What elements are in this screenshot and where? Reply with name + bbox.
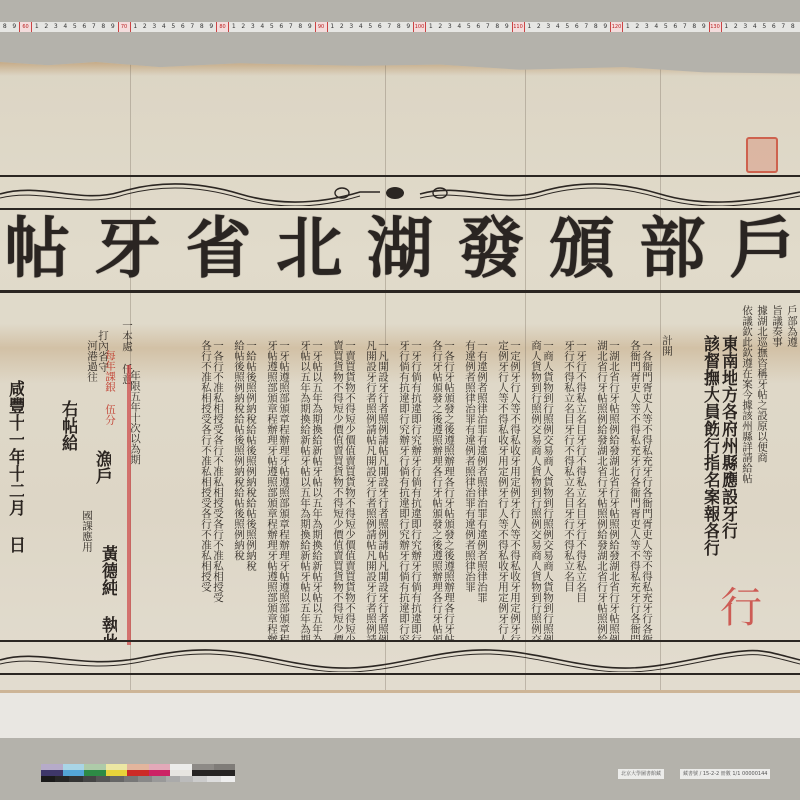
color-patch xyxy=(180,776,194,782)
ruler-tick: 120 xyxy=(610,22,623,32)
text-column: 一湖北省行牙帖照例給發湖北省行牙帖照例給發湖北省行牙帖照例給發 xyxy=(607,340,620,640)
red-ink-line xyxy=(127,365,131,645)
ruler-tick: 9 xyxy=(601,22,611,32)
color-patch xyxy=(124,776,138,782)
ruler-tick: 4 xyxy=(159,22,169,32)
ruler-tick: 2 xyxy=(436,22,446,32)
stain-top xyxy=(0,62,800,76)
color-patch xyxy=(193,776,207,782)
ruler-tick: 8 xyxy=(394,22,404,32)
color-patch xyxy=(152,776,166,782)
title-character: 頒 xyxy=(549,215,615,281)
text-column: 牙行不得私立名目牙行不得私立名目牙行不得私立名目 xyxy=(562,340,575,640)
ruler-tick: 3 xyxy=(544,22,554,32)
text-column: 一凡開設牙行者照例請帖凡開設牙行者照例請帖凡開設牙行者照例請帖 xyxy=(376,340,389,640)
title-character: 北 xyxy=(276,215,342,281)
ruler-tick: 70 xyxy=(118,22,131,32)
text-column: 湖北省行牙帖照例給發湖北省行牙帖照例給發湖北省行牙帖照例給發 xyxy=(595,340,608,640)
text-column: 凡開設牙行者照例請帖凡開設牙行者照例請帖凡開設牙行者照例請帖 xyxy=(364,340,377,640)
text-column: 賣買貨物不得短少價值賣買貨物不得短少價值賣買貨物不得短少價值 xyxy=(331,340,344,640)
ruler-tick: 100 xyxy=(413,22,426,32)
red-seal-stamp xyxy=(746,137,778,173)
ruler-tick: 2 xyxy=(239,22,249,32)
ruler-tick: 8 xyxy=(197,22,207,32)
ruler-tick: 4 xyxy=(652,22,662,32)
color-patch xyxy=(207,776,221,782)
ruler-tick: 5 xyxy=(70,22,80,32)
ruler-tick: 1 xyxy=(328,22,338,32)
ruler-tick: 3 xyxy=(642,22,652,32)
border-rule xyxy=(0,673,800,675)
text-column: 商人貨物到行照例交易商人貨物到行照例交易商人貨物到行照例交易 xyxy=(529,340,542,640)
ruler-tick: 7 xyxy=(779,22,789,32)
ruler-tick: 9 xyxy=(108,22,118,32)
ruler-tick: 2 xyxy=(42,22,52,32)
ruler-tick: 7 xyxy=(483,22,493,32)
ruler-tick: 5 xyxy=(661,22,671,32)
text-column: 一各行不准私相授受各行不准私相授受各行不准私相授受 xyxy=(211,340,224,640)
ruler-tick: 3 xyxy=(248,22,258,32)
ruler-tick: 3 xyxy=(741,22,751,32)
text-column: 各行不准私相授受各行不准私相授受各行不准私相授受 xyxy=(199,340,212,640)
ruler-tick: 4 xyxy=(553,22,563,32)
ruler-tick: 1 xyxy=(623,22,633,32)
mounting-strip xyxy=(0,690,800,738)
text-column: 各衙門胥吏人等不得私充牙行各衙門胥吏人等不得私充牙行各衙門胥吏人等不得私充牙行 xyxy=(628,340,641,640)
ruler-tick: 7 xyxy=(680,22,690,32)
ruler-tick: 6 xyxy=(375,22,385,32)
ruler-tick: 2 xyxy=(633,22,643,32)
ruler-tick: 2 xyxy=(731,22,741,32)
text-column: 牙帖以五年為期換給新帖牙帖以五年為期換給新帖牙帖以五年為期換給新帖 xyxy=(298,340,311,640)
ruler-tick: 8 xyxy=(296,22,306,32)
border-rule xyxy=(0,640,800,642)
institution-label: 北京大學圖書館藏 xyxy=(618,769,664,779)
ruler-tick: 2 xyxy=(140,22,150,32)
ruler-tick: 6 xyxy=(277,22,287,32)
ruler-tick: 8 xyxy=(690,22,700,32)
text-column: 一給帖後照例納稅給帖後照例納稅給帖後照例納稅 xyxy=(244,340,257,640)
ruler-tick: 130 xyxy=(709,22,722,32)
ruler-tick: 5 xyxy=(267,22,277,32)
ruler-tick: 6 xyxy=(474,22,484,32)
ruler-tick: 5 xyxy=(760,22,770,32)
ruler-tick: 6 xyxy=(671,22,681,32)
title-character: 省 xyxy=(186,215,252,281)
ruler-tick: 3 xyxy=(51,22,61,32)
ruler-tick: 9 xyxy=(305,22,315,32)
ruler-tick: 1 xyxy=(525,22,535,32)
ruler-tick: 1 xyxy=(131,22,141,32)
ruler-tick: 110 xyxy=(512,22,525,32)
color-patch xyxy=(69,776,83,782)
ruler-tick: 80 xyxy=(216,22,229,32)
title-character: 戶 xyxy=(730,215,796,281)
color-patch xyxy=(41,776,55,782)
text-column: 一有違例者照律治罪有違例者照律治罪有違例者照律治罪 xyxy=(475,340,488,640)
ruler-tick: 3 xyxy=(150,22,160,32)
ruler-tick: 1 xyxy=(229,22,239,32)
title-character: 帖 xyxy=(4,215,70,281)
color-patch xyxy=(166,776,180,782)
color-calibration-chart xyxy=(41,764,235,782)
ruler-tick: 8 xyxy=(591,22,601,32)
ruler-tick: 9 xyxy=(207,22,217,32)
text-column: 各行牙帖頒發之後遵照辦理各行牙帖頒發之後遵照辦理各行牙帖頒發之後遵照辦理 xyxy=(430,340,443,640)
color-patch xyxy=(221,776,235,782)
ruler-tick: 4 xyxy=(258,22,268,32)
vine-ornament-bottom xyxy=(0,646,800,672)
color-patch xyxy=(55,776,69,782)
ruler-tick: 1 xyxy=(722,22,732,32)
text-column: 國課應用 xyxy=(80,510,93,640)
text-column: 有違例者照律治罪有違例者照律治罪有違例者照律治罪 xyxy=(463,340,476,640)
ruler-tick: 4 xyxy=(750,22,760,32)
red-ink-mark: 行 xyxy=(720,575,762,635)
ruler-tick: 7 xyxy=(582,22,592,32)
color-patch xyxy=(83,776,97,782)
ruler-tick: 8 xyxy=(99,22,109,32)
text-column: 一商人貨物到行照例交易商人貨物到行照例交易商人貨物到行照例交易 xyxy=(541,340,554,640)
text-column: 一賣買貨物不得短少價值賣買貨物不得短少價值賣買貨物不得短少價值 xyxy=(343,340,356,640)
title-character: 發 xyxy=(458,215,524,281)
border-rule xyxy=(0,290,800,293)
ruler-tick: 5 xyxy=(563,22,573,32)
text-column: 定例牙行人等不得私收牙用定例牙行人等不得私收牙用定例牙行人等不得私收牙用 xyxy=(496,340,509,640)
text-column: 一定例牙行人等不得私收牙用定例牙行人等不得私收牙用定例牙行人等不得私收牙用 xyxy=(508,340,521,640)
text-column: 旨議奏事 xyxy=(770,305,783,640)
ruler-tick: 5 xyxy=(169,22,179,32)
text-column: 計開 xyxy=(660,335,673,640)
ruler-tick: 6 xyxy=(572,22,582,32)
text-column: 一牙行不得私立名目牙行不得私立名目牙行不得私立名目 xyxy=(574,340,587,640)
ruler-tick: 2 xyxy=(337,22,347,32)
text-column: 該督撫大員飭行指名案報各行 xyxy=(700,335,719,640)
ruler-tick: 60 xyxy=(19,22,32,32)
ruler-tick: 9 xyxy=(699,22,709,32)
ruler-tick: 2 xyxy=(534,22,544,32)
text-column: 牙帖遵照部頒章程辦理牙帖遵照部頒章程辦理牙帖遵照部頒章程辦理 xyxy=(265,340,278,640)
ruler-tick: 6 xyxy=(178,22,188,32)
title-character: 湖 xyxy=(367,215,433,281)
color-patch xyxy=(110,776,124,782)
ruler-tick: 7 xyxy=(286,22,296,32)
ruler-tick: 1 xyxy=(426,22,436,32)
text-column: 一各衙門胥吏人等不得私充牙行各衙門胥吏人等不得私充牙行各衙門胥吏人等不得私充牙行 xyxy=(640,340,653,640)
ruler-tick: 3 xyxy=(445,22,455,32)
text-column: 一各行牙帖頒發之後遵照辦理各行牙帖頒發之後遵照辦理各行牙帖頒發之後遵照辦理 xyxy=(442,340,455,640)
ruler-tick: 6 xyxy=(80,22,90,32)
text-column: 給帖後照例納稅給帖後照例納稅給帖後照例納稅 xyxy=(232,340,245,640)
title-character: 部 xyxy=(639,215,705,281)
ruler-tick: 1 xyxy=(32,22,42,32)
ruler-tick: 5 xyxy=(464,22,474,32)
ruler-tick: 8 xyxy=(0,22,10,32)
text-column: 咸豐十一年十二月 日 xyxy=(5,380,24,640)
color-patch xyxy=(96,776,110,782)
text-column: 一牙帖以五年為期換給新帖牙帖以五年為期換給新帖牙帖以五年為期換給新帖 xyxy=(310,340,323,640)
ruler-tick: 8 xyxy=(493,22,503,32)
ruler-tick: 9 xyxy=(10,22,20,32)
title-character: 牙 xyxy=(95,215,161,281)
text-column: 每年課銀 伍分 xyxy=(103,350,116,640)
text-column: 戶部為遵 xyxy=(785,305,798,640)
ruler-tick: 4 xyxy=(61,22,71,32)
ruler-tick: 7 xyxy=(385,22,395,32)
text-column: 一牙帖遵照部頒章程辦理牙帖遵照部頒章程辦理牙帖遵照部頒章程辦理 xyxy=(277,340,290,640)
border-rule-top xyxy=(0,175,800,177)
document-body: 戶部為遵旨議奏事據湖北巡撫咨稱牙帖之設原以便商依議欽此欽遵在案今據該州縣詳請給帖… xyxy=(0,300,800,645)
ruler-tick: 90 xyxy=(315,22,328,32)
ruler-tick: 9 xyxy=(404,22,414,32)
ruler-tick: 5 xyxy=(366,22,376,32)
text-column: 右帖給 xyxy=(58,400,77,640)
text-column: 一牙行倘有抗違即行究辦牙行倘有抗違即行究辦牙行倘有抗違即行究辦 xyxy=(409,340,422,640)
measuring-ruler: 8960123456789701234567898012345678990123… xyxy=(0,22,800,32)
ruler-tick: 4 xyxy=(356,22,366,32)
vine-ornament-top xyxy=(0,180,800,206)
document-title: 戶部頒發湖北省牙帖 xyxy=(0,210,800,286)
ruler-tick: 4 xyxy=(455,22,465,32)
ruler-tick: 6 xyxy=(769,22,779,32)
ruler-tick: 7 xyxy=(89,22,99,32)
catalog-label: 藏書號 / 15-2-2 冊數 1/1 00000144 xyxy=(680,769,770,779)
text-column: 牙行倘有抗違即行究辦牙行倘有抗違即行究辦牙行倘有抗違即行究辦 xyxy=(397,340,410,640)
ruler-tick: 7 xyxy=(188,22,198,32)
ruler-tick: 3 xyxy=(347,22,357,32)
ruler-tick: 9 xyxy=(502,22,512,32)
ruler-tick: 8 xyxy=(788,22,798,32)
color-patch xyxy=(138,776,152,782)
